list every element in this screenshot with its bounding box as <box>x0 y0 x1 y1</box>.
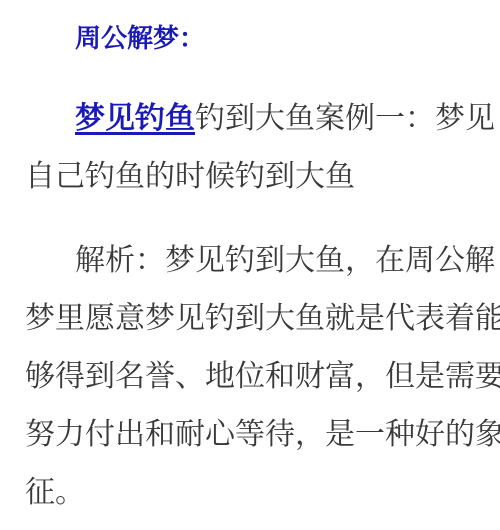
paragraph-analysis-line-2: 梦里愿意梦见钓到大鱼就是代表着能 <box>25 290 490 348</box>
article-page: 周公解梦： 梦见钓鱼钓到大鱼案例一：梦见 自己钓鱼的时候钓到大鱼 解析：梦见钓到… <box>0 0 500 530</box>
paragraph-analysis: 解析：梦见钓到大鱼，在周公解 梦里愿意梦见钓到大鱼就是代表着能 够得到名誉、地位… <box>25 232 490 522</box>
paragraph-case-line-1-text: 钓到大鱼案例一：梦见 <box>195 102 495 135</box>
paragraph-case-line-1: 梦见钓鱼钓到大鱼案例一：梦见 <box>25 90 490 148</box>
paragraph-analysis-line-1: 解析：梦见钓到大鱼，在周公解 <box>25 232 490 290</box>
paragraph-case: 梦见钓鱼钓到大鱼案例一：梦见 自己钓鱼的时候钓到大鱼 <box>25 90 490 206</box>
paragraph-case-line-2: 自己钓鱼的时候钓到大鱼 <box>25 148 490 206</box>
paragraph-analysis-line-3: 够得到名誉、地位和财富，但是需要 <box>25 348 490 406</box>
page-title: 周公解梦： <box>25 20 490 56</box>
dream-fishing-link[interactable]: 梦见钓鱼 <box>75 102 195 135</box>
paragraph-analysis-line-4: 努力付出和耐心等待，是一种好的象 <box>25 406 490 464</box>
paragraph-analysis-line-5: 征。 <box>25 464 490 522</box>
